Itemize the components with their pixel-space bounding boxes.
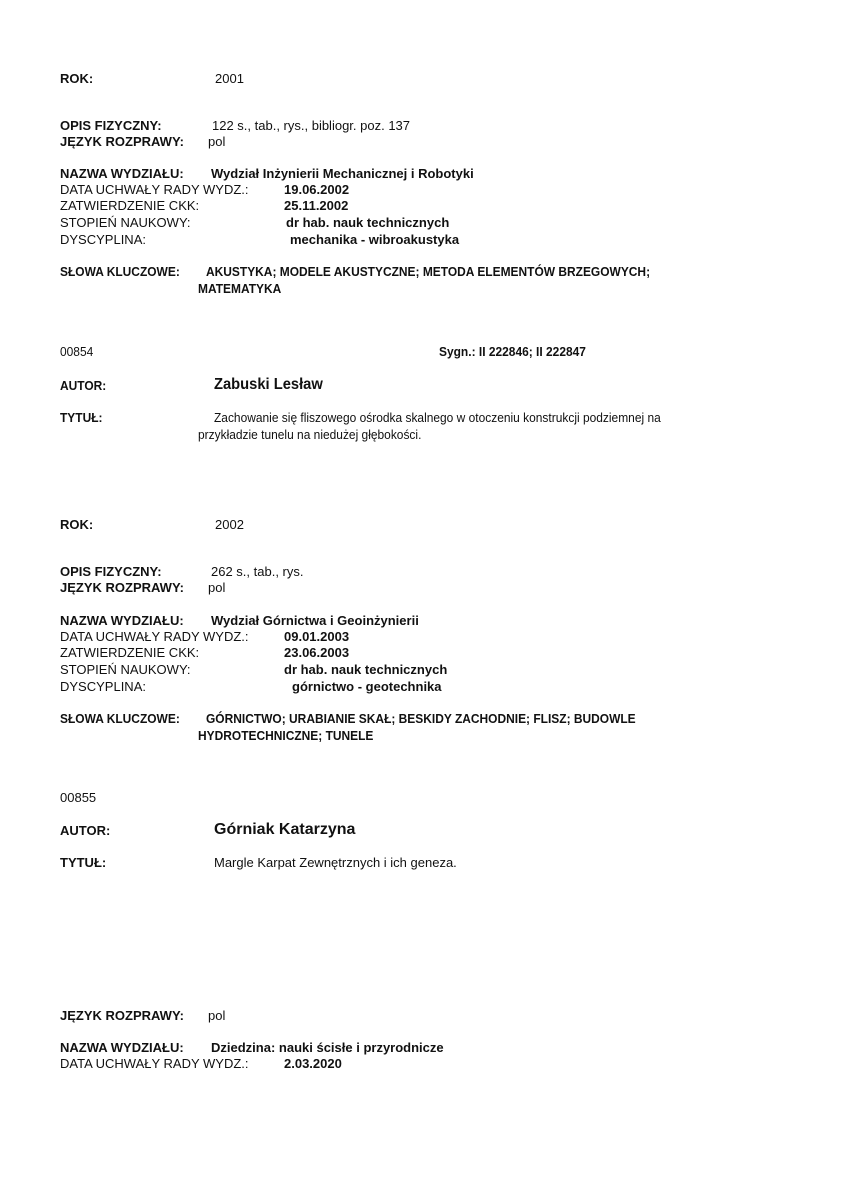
tytul-label: TYTUŁ: <box>60 855 106 870</box>
ckk-label: ZATWIERDZENIE CKK: <box>60 645 199 660</box>
slowa-line-2: MATEMATYKA <box>198 281 281 296</box>
sygnatura: Sygn.: II 222846; II 222847 <box>439 344 586 359</box>
ckk-value: 23.06.2003 <box>284 645 349 660</box>
autor-label: AUTOR: <box>60 823 110 838</box>
dyscyplina-label: DYSCYPLINA: <box>60 232 146 247</box>
autor-value: Górniak Katarzyna <box>214 820 355 839</box>
tytul-value: Margle Karpat Zewnętrznych i ich geneza. <box>214 855 457 870</box>
rok-label: ROK: <box>60 517 93 532</box>
rok-value: 2001 <box>215 71 244 86</box>
autor-label: AUTOR: <box>60 378 106 393</box>
ckk-value: 25.11.2002 <box>284 198 348 213</box>
wydzial-value: Wydział Inżynierii Mechanicznej i Roboty… <box>211 166 474 181</box>
slowa-line-1: AKUSTYKA; MODELE AKUSTYCZNE; METODA ELEM… <box>206 264 650 279</box>
slowa-line-1: GÓRNICTWO; URABIANIE SKAŁ; BESKIDY ZACHO… <box>206 711 636 726</box>
dyscyplina-value: górnictwo - geotechnika <box>292 679 442 694</box>
uchwala-label: DATA UCHWAŁY RADY WYDZ.: <box>60 182 249 197</box>
opis-label: OPIS FIZYCZNY: <box>60 564 162 579</box>
stopien-label: STOPIEŃ NAUKOWY: <box>60 662 191 677</box>
dyscyplina-label: DYSCYPLINA: <box>60 679 146 694</box>
wydzial-value: Dziedzina: nauki ścisłe i przyrodnicze <box>211 1040 444 1055</box>
stopien-value: dr hab. nauk technicznych <box>286 215 449 230</box>
wydzial-label: NAZWA WYDZIAŁU: <box>60 613 184 628</box>
opis-label: OPIS FIZYCZNY: <box>60 118 162 133</box>
opis-value: 262 s., tab., rys. <box>211 564 304 579</box>
slowa-line-2: HYDROTECHNICZNE; TUNELE <box>198 728 373 743</box>
tytul-line-1: Zachowanie się fliszowego ośrodka skalne… <box>214 410 661 425</box>
slowa-label: SŁOWA KLUCZOWE: <box>60 264 180 279</box>
jezyk-value: pol <box>208 134 225 149</box>
wydzial-label: NAZWA WYDZIAŁU: <box>60 1040 184 1055</box>
jezyk-label: JĘZYK ROZPRAWY: <box>60 580 184 595</box>
tytul-label: TYTUŁ: <box>60 410 103 425</box>
opis-value: 122 s., tab., rys., bibliogr. poz. 137 <box>212 118 410 133</box>
dyscyplina-value: mechanika - wibroakustyka <box>290 232 459 247</box>
record-number: 00854 <box>60 344 93 359</box>
stopien-label: STOPIEŃ NAUKOWY: <box>60 215 191 230</box>
slowa-label: SŁOWA KLUCZOWE: <box>60 711 180 726</box>
uchwala-value: 19.06.2002 <box>284 182 349 197</box>
uchwala-value: 2.03.2020 <box>284 1056 342 1071</box>
wydzial-value: Wydział Górnictwa i Geoinżynierii <box>211 613 419 628</box>
rok-label: ROK: <box>60 71 93 86</box>
uchwala-label: DATA UCHWAŁY RADY WYDZ.: <box>60 629 249 644</box>
jezyk-label: JĘZYK ROZPRAWY: <box>60 134 184 149</box>
jezyk-value: pol <box>208 1008 225 1023</box>
ckk-label: ZATWIERDZENIE CKK: <box>60 198 199 213</box>
rok-value: 2002 <box>215 517 244 532</box>
uchwala-value: 09.01.2003 <box>284 629 349 644</box>
jezyk-value: pol <box>208 580 225 595</box>
stopien-value: dr hab. nauk technicznych <box>284 662 447 677</box>
autor-value: Zabuski Lesław <box>214 375 323 394</box>
record-number: 00855 <box>60 790 96 805</box>
tytul-line-2: przykładzie tunelu na niedużej głębokośc… <box>198 427 421 442</box>
uchwala-label: DATA UCHWAŁY RADY WYDZ.: <box>60 1056 249 1071</box>
wydzial-label: NAZWA WYDZIAŁU: <box>60 166 184 181</box>
jezyk-label: JĘZYK ROZPRAWY: <box>60 1008 184 1023</box>
